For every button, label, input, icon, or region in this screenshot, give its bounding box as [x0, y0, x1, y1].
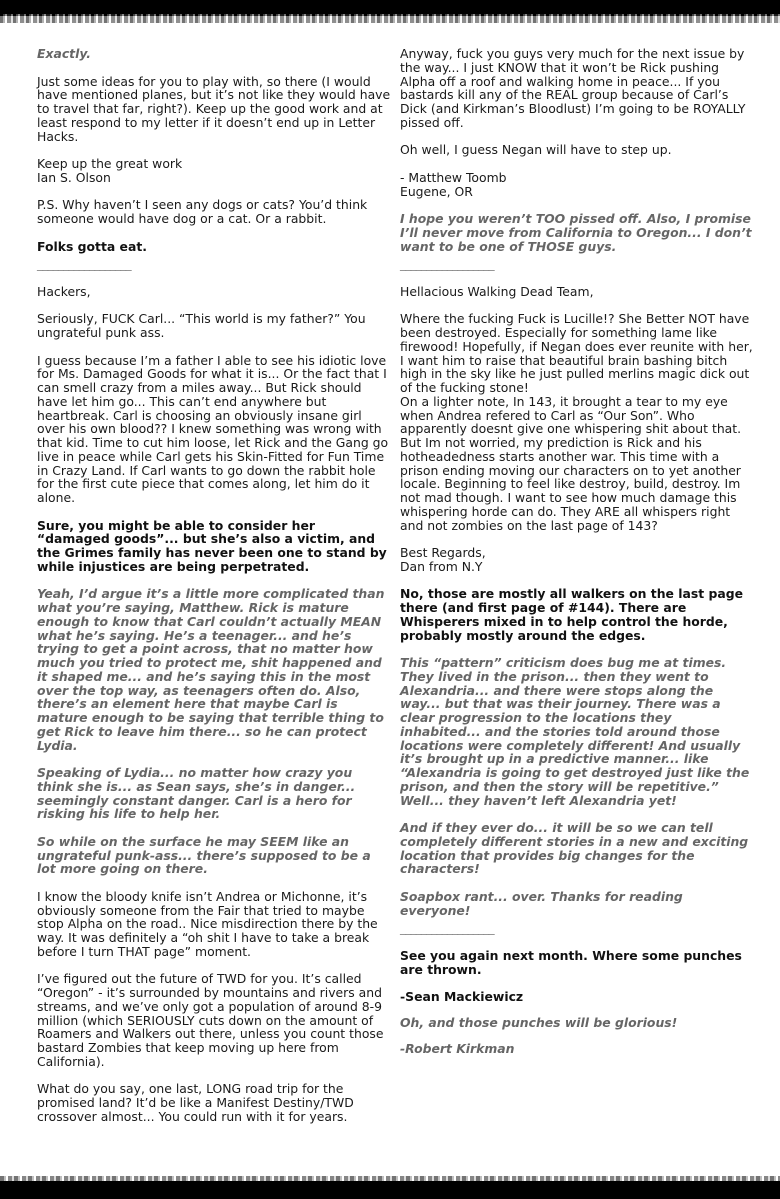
kirkman-signature: -Robert Kirkman	[400, 1042, 755, 1056]
kirkman-reply: Soapbox rant... over. Thanks for reading…	[400, 890, 755, 918]
letter-paragraph: I know the bloody knife isn’t Andrea or …	[37, 890, 392, 959]
letter-separator: __________________	[37, 257, 392, 271]
editor-reply: Folks gotta eat.	[37, 240, 392, 254]
kirkman-closing: Oh, and those punches will be glorious!	[400, 1016, 755, 1030]
top-torn-edge	[0, 14, 780, 23]
letter-signoff: Keep up the great work Ian S. Olson	[37, 157, 392, 185]
letter-paragraph: Seriously, FUCK Carl... “This world is m…	[37, 312, 392, 340]
kirkman-reply: So while on the surface he may SEEM like…	[37, 835, 392, 876]
kirkman-reply: Exactly.	[37, 47, 392, 61]
letter-salutation: Hellacious Walking Dead Team,	[400, 285, 755, 299]
kirkman-reply: And if they ever do... it will be so we …	[400, 821, 755, 876]
letter-postscript: P.S. Why haven’t I seen any dogs or cats…	[37, 198, 392, 226]
letter-signoff: - Matthew Toomb Eugene, OR	[400, 171, 755, 199]
kirkman-reply: Speaking of Lydia... no matter how crazy…	[37, 766, 392, 821]
kirkman-reply: I hope you weren’t TOO pissed off. Also,…	[400, 212, 755, 253]
letter-separator: __________________	[400, 257, 755, 271]
editor-reply: Sure, you might be able to consider her …	[37, 519, 392, 574]
letter-paragraph: Where the fucking Fuck is Lucille!? She …	[400, 312, 755, 532]
letter-paragraph: Anyway, fuck you guys very much for the …	[400, 47, 755, 130]
left-column: Exactly. Just some ideas for you to play…	[37, 47, 392, 1137]
letter-salutation: Hackers,	[37, 285, 392, 299]
letter-paragraph: Just some ideas for you to play with, so…	[37, 75, 392, 144]
kirkman-reply: Yeah, I’d argue it’s a little more compl…	[37, 587, 392, 752]
letter-paragraph: I guess because I’m a father I able to s…	[37, 354, 392, 505]
kirkman-reply: This “pattern” criticism does bug me at …	[400, 656, 755, 807]
letter-paragraph: I’ve figured out the future of TWD for y…	[37, 972, 392, 1068]
editor-closing: See you again next month. Where some pun…	[400, 949, 755, 977]
editor-reply: No, those are mostly all walkers on the …	[400, 587, 755, 642]
letter-paragraph: What do you say, one last, LONG road tri…	[37, 1082, 392, 1123]
bottom-torn-border	[0, 1181, 780, 1199]
letter-signoff: Best Regards, Dan from N.Y	[400, 546, 755, 574]
letter-separator: __________________	[400, 921, 755, 935]
editor-signature: -Sean Mackiewicz	[400, 990, 755, 1004]
letter-paragraph: Oh well, I guess Negan will have to step…	[400, 143, 755, 157]
right-column: Anyway, fuck you guys very much for the …	[400, 47, 755, 1067]
